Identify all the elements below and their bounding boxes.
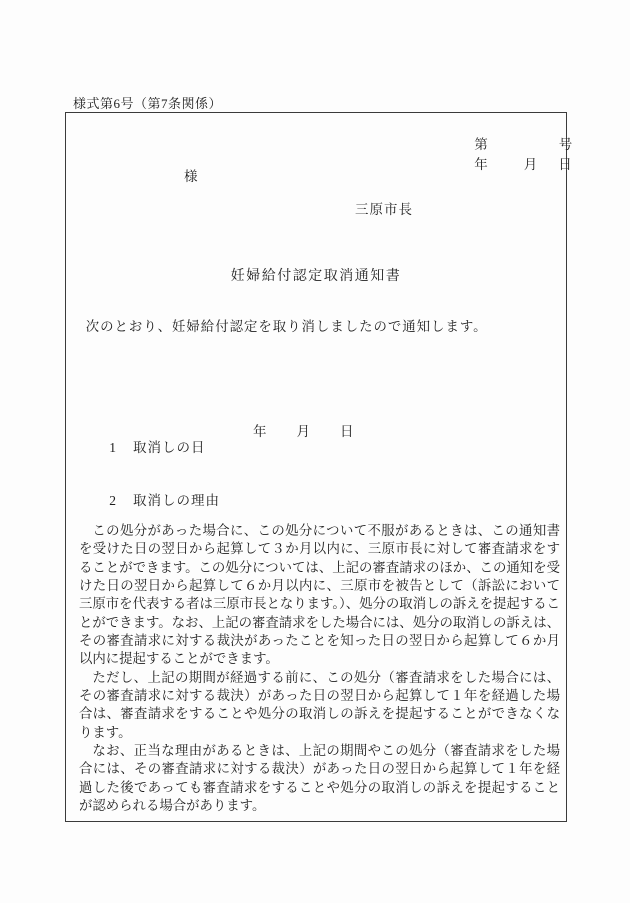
document-title: 妊婦給付認定取消通知書	[66, 265, 566, 285]
date-day-label: 日	[558, 157, 572, 172]
addressee-honorific: 様	[184, 165, 198, 185]
appeal-notice-block: この処分があった場合に、この処分について不服があるときは、この通知書を受けた日の…	[79, 522, 560, 816]
appeal-paragraph-2: ただし、上記の期間が経過する前に、この処分（審査請求をした場合には、その審査請求…	[79, 669, 560, 742]
sender-mayor-line: 三原市長	[355, 198, 413, 218]
item-1-number: 1	[109, 440, 117, 455]
intro-text: 次のとおり、妊婦給付認定を取り消しましたので通知します。	[79, 316, 488, 335]
document-page: 様式第6号（第7条関係） 第号 年月日 様 三原市長 妊婦給付認定取消通知書 次…	[0, 0, 630, 903]
item-1-date-fields: 年 月 日	[253, 420, 355, 440]
item-2-label: 取消しの理由	[133, 493, 220, 508]
item-cancellation-reason: 2取消しの理由	[83, 473, 220, 525]
item-1-label: 取消しの日	[133, 440, 206, 455]
item-cancellation-date: 1取消しの日年 月 日	[83, 420, 206, 472]
appeal-paragraph-3: なお、正当な理由があるときは、上記の期間やこの処分（審査請求をした場合には、その…	[79, 742, 560, 815]
document-border-box: 第号 年月日 様 三原市長 妊婦給付認定取消通知書 次のとおり、妊婦給付認定を取…	[65, 112, 567, 822]
document-date-line: 年月日	[454, 137, 572, 189]
date-year-label: 年	[474, 157, 488, 172]
appeal-paragraph-1: この処分があった場合に、この処分について不服があるときは、この通知書を受けた日の…	[79, 522, 560, 669]
date-month-label: 月	[524, 157, 538, 172]
form-number-label: 様式第6号（第7条関係）	[73, 93, 222, 112]
item-2-number: 2	[109, 493, 117, 508]
